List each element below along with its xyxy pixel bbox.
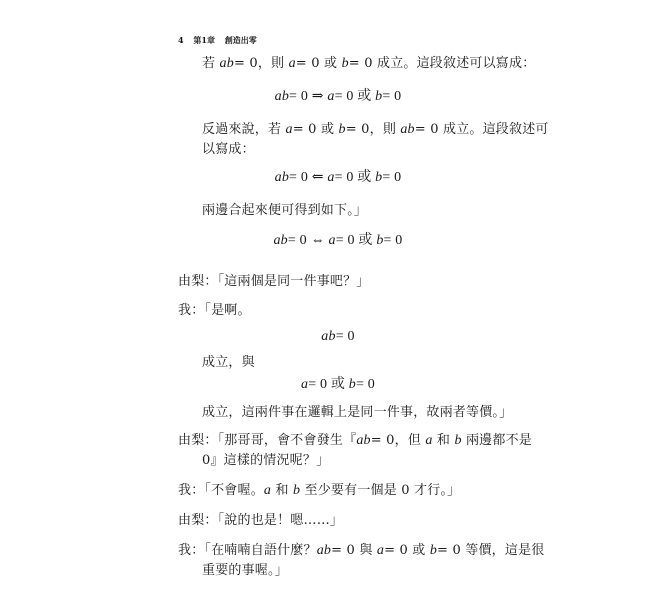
math-var: ab (400, 122, 414, 137)
text: = 0 ⇐ (289, 170, 327, 185)
dialogue-me-3-line1: 我：「在喃喃自語什麼？ab= 0 與 a= 0 或 b= 0 等價，這是很 (178, 543, 544, 559)
dialogue-me-1: 我：「是啊。 (178, 303, 251, 319)
math-var: b (342, 56, 349, 71)
text: = 0 (382, 89, 401, 104)
dialogue-me-3-line2: 重要的事喔。」 (202, 563, 288, 579)
math-var: a (327, 170, 334, 185)
math-var: a (327, 89, 334, 104)
paragraph-equivalent: 成立，這兩件事在邏輯上是同一件事，故兩者等價。」 (202, 405, 512, 421)
math-var: b (376, 233, 383, 248)
text: = 0 (356, 377, 375, 392)
math-var: ab (275, 89, 289, 104)
text: = 0，則 (234, 56, 289, 71)
text: = 0 成立。這段敘述可以寫成： (349, 56, 536, 71)
math-var: ab (273, 233, 287, 248)
text: = 0 ⇔ (288, 233, 329, 248)
text: = 0 或 (336, 233, 377, 248)
paragraph-converse-line2: 以寫成： (202, 142, 255, 158)
text: = 0 (336, 329, 355, 344)
text: 至少要有一個是 0 才行。」 (300, 483, 460, 498)
text: = 0 與 (331, 543, 377, 558)
math-var: a (289, 56, 296, 71)
math-var: a (286, 122, 293, 137)
math-var: ab (220, 56, 234, 71)
math-var: b (454, 433, 461, 448)
text: 我：「在喃喃自語什麼？ (178, 543, 317, 558)
text: 和 (271, 483, 293, 498)
formula-ab-zero: ab= 0 (178, 329, 498, 345)
text: 兩邊都不是 (462, 433, 532, 448)
paragraph-combined: 兩邊合起來便可得到如下。」 (202, 203, 367, 219)
chapter-label: 第1章 (193, 35, 215, 45)
text: = 0 等價，這是很 (437, 543, 544, 558)
running-header: 4 第1章 創造出零 (178, 35, 264, 45)
text: 由梨：「那哥哥，會不會發生『 (178, 433, 356, 448)
math-var: ab (356, 433, 370, 448)
text: = 0，則 (346, 122, 401, 137)
math-var: b (349, 377, 356, 392)
formula-implied-by: ab= 0 ⇐ a= 0 或 b= 0 (178, 170, 498, 186)
text: = 0 或 (384, 543, 430, 558)
text: = 0 ⇒ (289, 89, 327, 104)
dialogue-yuri-3: 由梨：「說的也是！嗯……」 (178, 513, 343, 529)
paragraph-statement: 若 ab= 0，則 a= 0 或 b= 0 成立。這段敘述可以寫成： (202, 56, 535, 72)
dialogue-me-2: 我：「不會喔。a 和 b 至少要有一個是 0 才行。」 (178, 483, 460, 499)
math-var: a (377, 543, 384, 558)
page-number: 4 (178, 35, 184, 45)
dialogue-yuri-2-line2: 0』這樣的情況呢？」 (202, 453, 329, 469)
text: = 0 或 (293, 122, 339, 137)
text: 我：「不會喔。 (178, 483, 264, 498)
text: 反過來說，若 (202, 122, 286, 137)
math-var: ab (321, 329, 335, 344)
dialogue-yuri-1: 由梨：「這兩個是同一件事吧？」 (178, 274, 370, 290)
text: 若 (202, 56, 220, 71)
paragraph-holds-and: 成立，與 (202, 355, 255, 371)
text: = 0 (382, 170, 401, 185)
text: = 0，但 (371, 433, 426, 448)
math-var: b (339, 122, 346, 137)
text: = 0 或 (308, 377, 349, 392)
math-var: a (329, 233, 336, 248)
text: = 0 或 (335, 170, 376, 185)
text: = 0 或 (296, 56, 342, 71)
math-var: ab (275, 170, 289, 185)
math-var: a (425, 433, 432, 448)
math-var: ab (317, 543, 331, 558)
paragraph-converse-line1: 反過來說，若 a= 0 或 b= 0，則 ab= 0 成立。這段敘述可 (202, 122, 549, 138)
formula-a-or-b: a= 0 或 b= 0 (178, 377, 498, 393)
text: 和 (433, 433, 455, 448)
text: = 0 成立。這段敘述可 (415, 122, 549, 137)
math-var: b (430, 543, 437, 558)
formula-iff: ab= 0 ⇔ a= 0 或 b= 0 (178, 233, 498, 249)
formula-implies: ab= 0 ⇒ a= 0 或 b= 0 (178, 89, 498, 105)
text: = 0 或 (335, 89, 376, 104)
text: = 0 (384, 233, 403, 248)
chapter-title: 創造出零 (225, 35, 257, 45)
dialogue-yuri-2-line1: 由梨：「那哥哥，會不會發生『ab= 0，但 a 和 b 兩邊都不是 (178, 433, 532, 449)
